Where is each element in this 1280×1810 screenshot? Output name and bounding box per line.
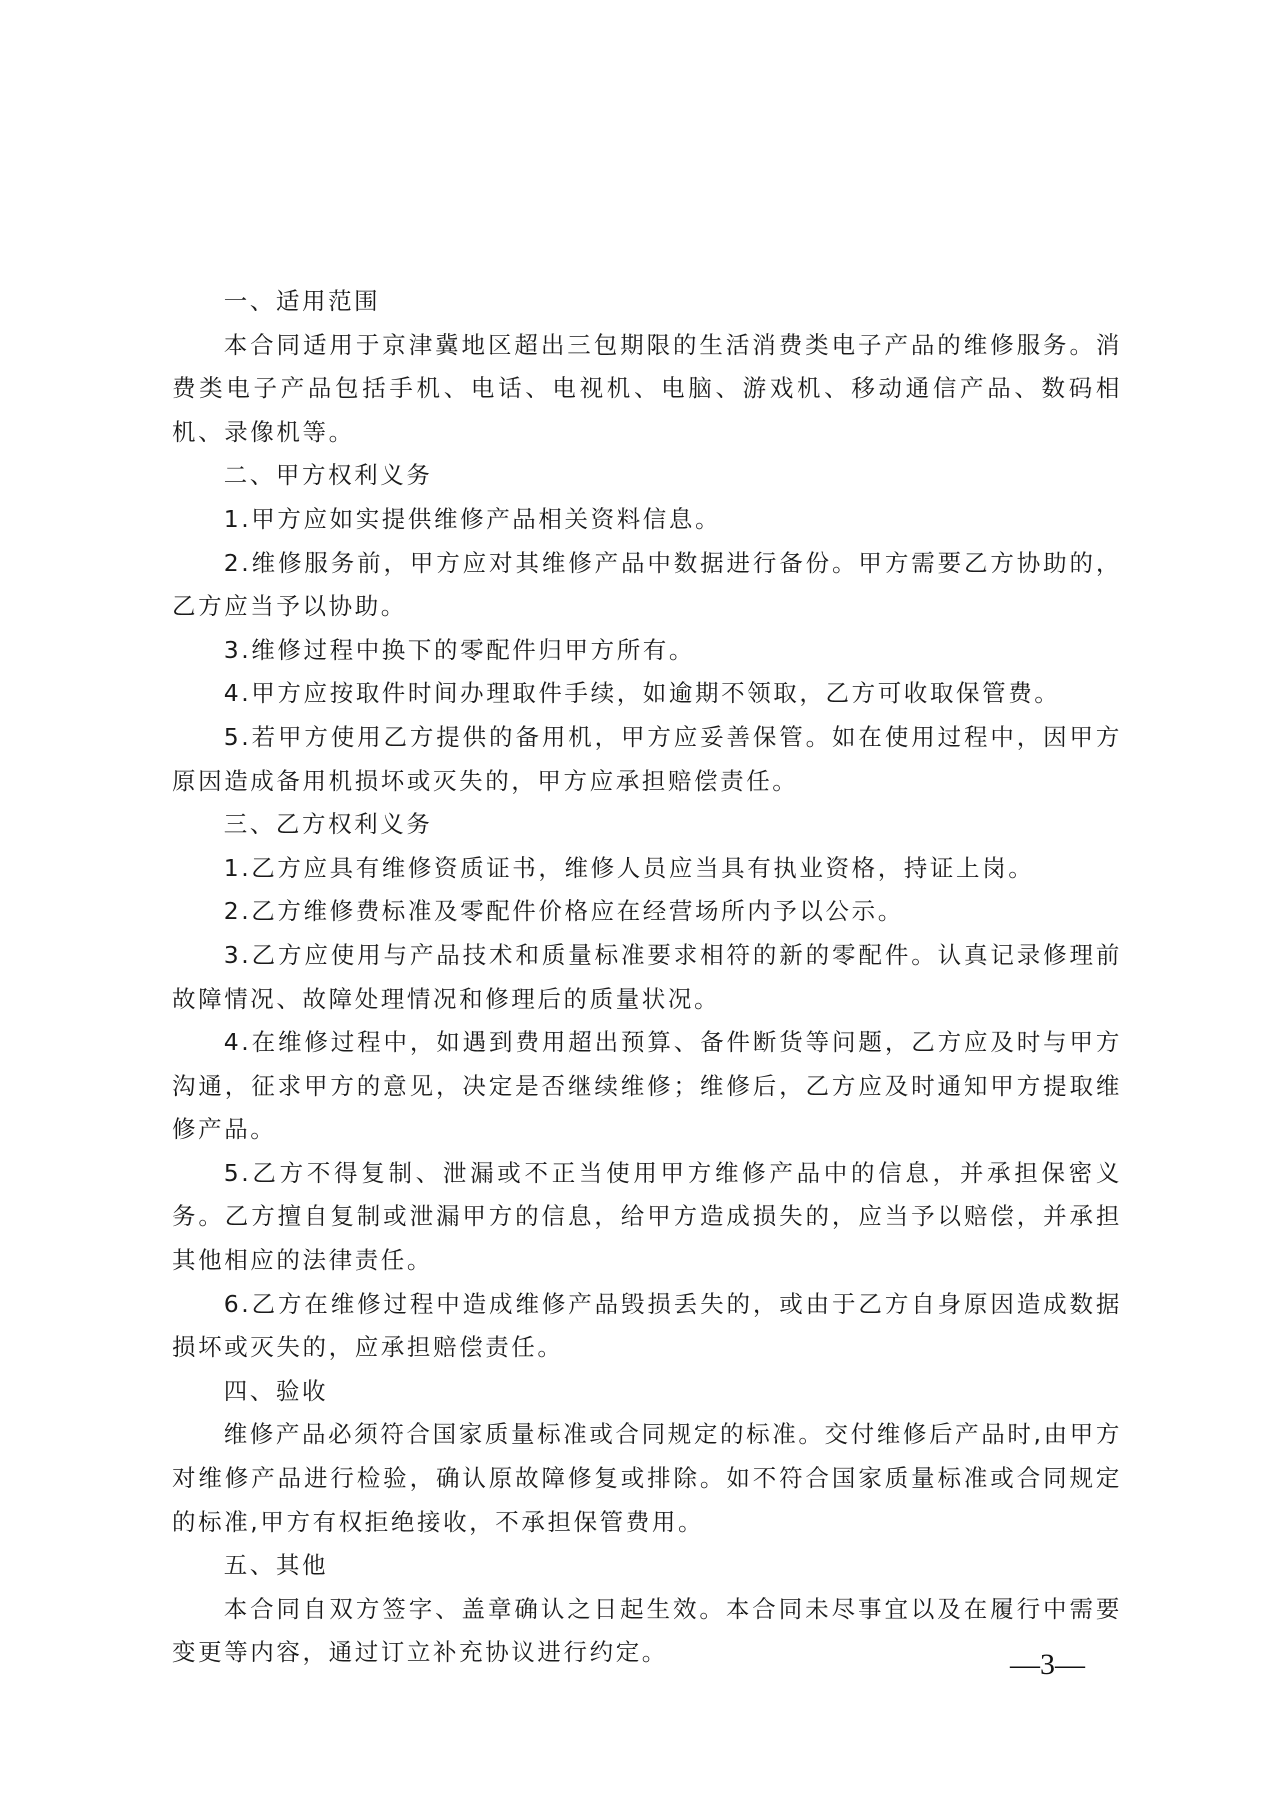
paragraph: 1.甲方应如实提供维修产品相关资料信息。 [172,498,1122,542]
paragraph: 5.乙方不得复制、泄漏或不正当使用甲方维修产品中的信息，并承担保密义务。乙方擅自… [172,1152,1122,1283]
paragraph: 4.在维修过程中，如遇到费用超出预算、备件断货等问题，乙方应及时与甲方沟通，征求… [172,1021,1122,1152]
section-heading: 五、其他 [172,1544,1122,1588]
paragraph: 6.乙方在维修过程中造成维修产品毁损丢失的，或由于乙方自身原因造成数据损坏或灭失… [172,1283,1122,1370]
paragraph: 3.维修过程中换下的零配件归甲方所有。 [172,629,1122,673]
paragraph: 2.维修服务前，甲方应对其维修产品中数据进行备份。甲方需要乙方协助的，乙方应当予… [172,542,1122,629]
section-heading: 二、甲方权利义务 [172,454,1122,498]
section-acceptance: 四、验收 维修产品必须符合国家质量标准或合同规定的标准。交付维修后产品时,由甲方… [172,1370,1122,1544]
paragraph: 本合同适用于京津冀地区超出三包期限的生活消费类电子产品的维修服务。消费类电子产品… [172,324,1122,455]
paragraph: 维修产品必须符合国家质量标准或合同规定的标准。交付维修后产品时,由甲方对维修产品… [172,1413,1122,1544]
section-party-b-rights: 三、乙方权利义务 1.乙方应具有维修资质证书，维修人员应当具有执业资格，持证上岗… [172,803,1122,1370]
section-heading: 三、乙方权利义务 [172,803,1122,847]
paragraph: 1.乙方应具有维修资质证书，维修人员应当具有执业资格，持证上岗。 [172,847,1122,891]
section-party-a-rights: 二、甲方权利义务 1.甲方应如实提供维修产品相关资料信息。 2.维修服务前，甲方… [172,454,1122,803]
paragraph: 4.甲方应按取件时间办理取件手续，如逾期不领取，乙方可收取保管费。 [172,672,1122,716]
section-heading: 四、验收 [172,1370,1122,1414]
section-other: 五、其他 本合同自双方签字、盖章确认之日起生效。本合同未尽事宜以及在履行中需要变… [172,1544,1122,1675]
document-body: 一、适用范围 本合同适用于京津冀地区超出三包期限的生活消费类电子产品的维修服务。… [172,280,1122,1675]
section-scope: 一、适用范围 本合同适用于京津冀地区超出三包期限的生活消费类电子产品的维修服务。… [172,280,1122,454]
section-heading: 一、适用范围 [172,280,1122,324]
paragraph: 2.乙方维修费标准及零配件价格应在经营场所内予以公示。 [172,890,1122,934]
paragraph: 本合同自双方签字、盖章确认之日起生效。本合同未尽事宜以及在履行中需要变更等内容，… [172,1588,1122,1675]
paragraph: 5.若甲方使用乙方提供的备用机，甲方应妥善保管。如在使用过程中，因甲方原因造成备… [172,716,1122,803]
paragraph: 3.乙方应使用与产品技术和质量标准要求相符的新的零配件。认真记录修理前故障情况、… [172,934,1122,1021]
page-number: —3— [1010,1648,1085,1682]
